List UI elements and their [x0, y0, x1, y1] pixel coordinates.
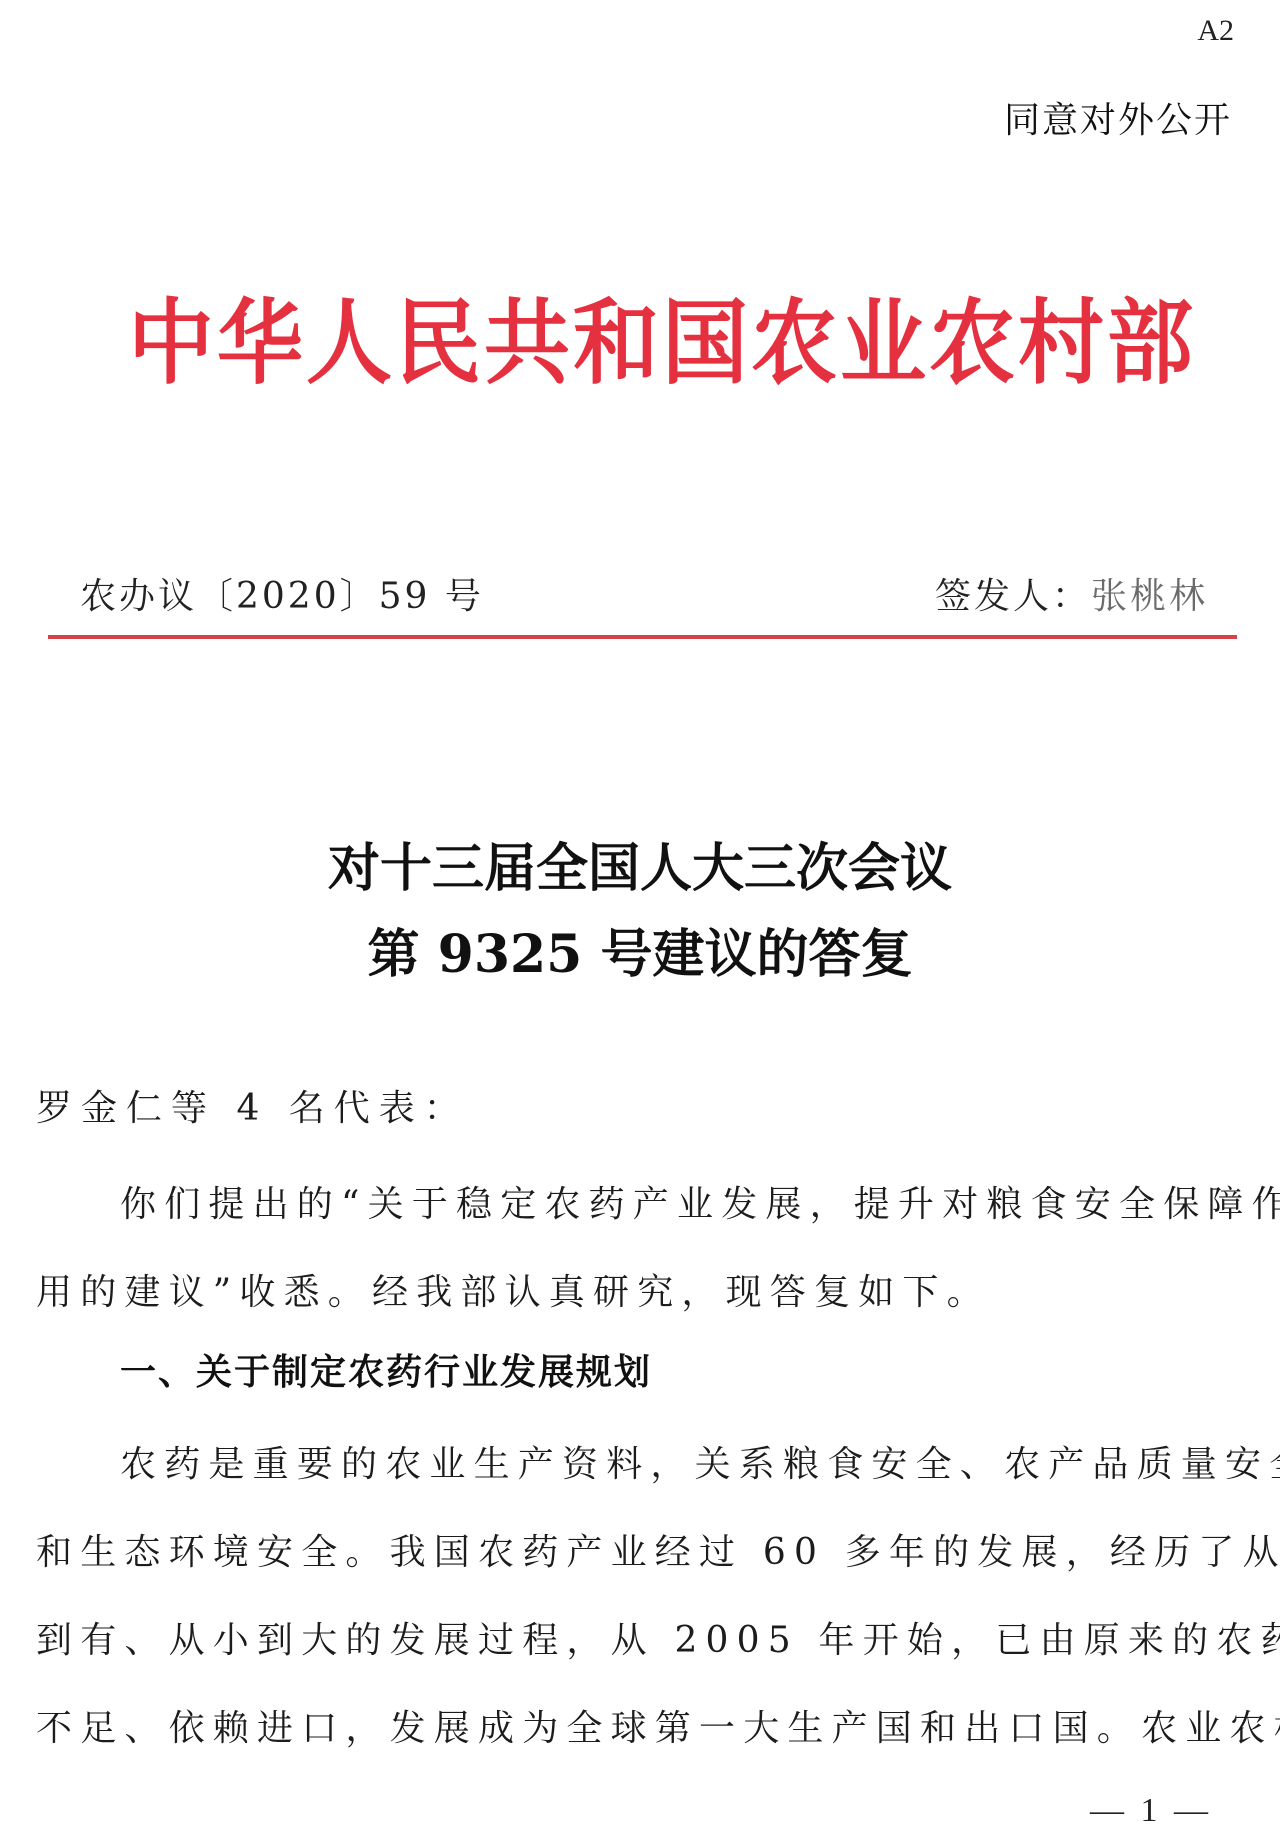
document-number: 农办议〔2020〕59 号	[80, 568, 484, 619]
paragraph-line: 不足、依赖进口，发展成为全球第一大生产国和出口国。农业农村	[36, 1700, 1280, 1751]
page-number: — 1 —	[1090, 1792, 1212, 1830]
signer-row: 签发人：张桃林	[935, 568, 1208, 619]
document-title: 对十三届全国人大三次会议 第 9325 号建议的答复	[0, 826, 1280, 998]
paragraph-line: 到有、从小到大的发展过程，从 2005 年开始，已由原来的农药供给	[36, 1612, 1280, 1663]
section-heading: 一、关于制定农药行业发展规划	[120, 1344, 652, 1395]
title-line-1: 对十三届全国人大三次会议	[0, 826, 1280, 912]
signer-name: 张桃林	[1091, 576, 1208, 617]
title-line-2: 第 9325 号建议的答复	[0, 912, 1280, 998]
red-separator-rule	[48, 635, 1237, 639]
signer-label: 签发人：	[935, 576, 1091, 617]
classification-mark: A2	[1197, 14, 1234, 48]
disclosure-stamp: 同意对外公开	[1004, 92, 1232, 143]
paragraph-line: 你们提出的“关于稳定农药产业发展，提升对粮食安全保障作	[120, 1176, 1280, 1227]
paragraph-line: 和生态环境安全。我国农药产业经过 60 多年的发展，经历了从无	[36, 1524, 1280, 1575]
paragraph-line: 用的建议”收悉。经我部认真研究，现答复如下。	[36, 1264, 991, 1315]
paragraph-line: 农药是重要的农业生产资料，关系粮食安全、农产品质量安全	[120, 1436, 1280, 1487]
salutation: 罗金仁等 4 名代表：	[36, 1080, 469, 1131]
issuing-authority: 中华人民共和国农业农村部	[128, 268, 1196, 402]
